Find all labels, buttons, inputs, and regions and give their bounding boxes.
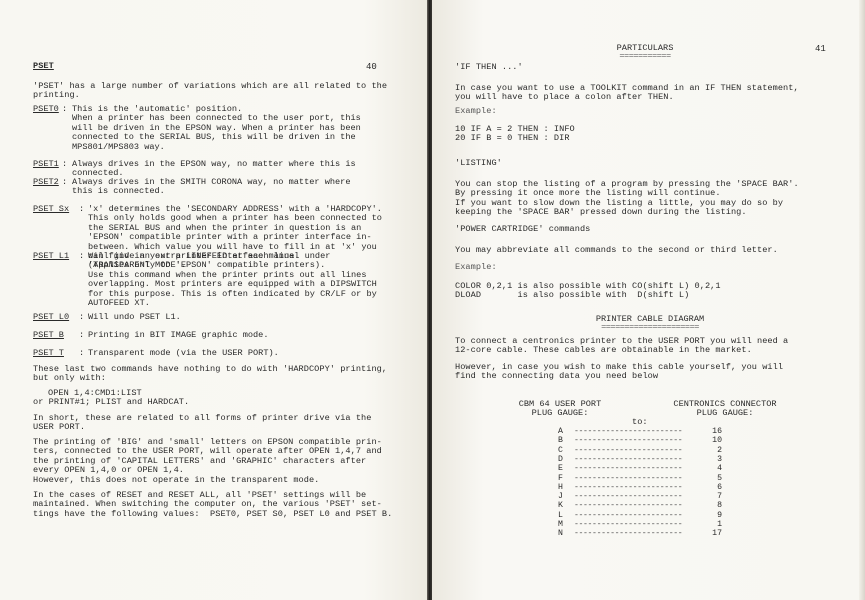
desc-colon: :: [62, 160, 67, 169]
desc-pset-t: Transparent mode (via the USER PORT).: [88, 349, 279, 358]
paragraph-reset: In the cases of RESET and RESET ALL, all…: [33, 491, 392, 519]
power-cartridge-code: COLOR 0,2,1 is also possible with CO(shi…: [455, 282, 721, 301]
page-number: 41: [815, 44, 826, 54]
desc-pset-l0: Will undo PSET L1.: [88, 313, 181, 322]
intro-paragraph: 'PSET' has a large number of variations …: [33, 82, 387, 101]
section-heading: PSET: [33, 62, 54, 71]
desc-pset0: This is the 'automatic' position. When a…: [72, 105, 361, 152]
term-pset-t: PSET T: [33, 349, 64, 358]
pin-connector-line: ------------------------: [574, 427, 704, 436]
desc-pset1: Always drives in the EPSON way, no matte…: [72, 160, 356, 179]
if-then-code: 10 IF A = 2 THEN : INFO 20 IF B = 0 THEN…: [455, 125, 575, 144]
col-right-heading: CENTRONICS CONNECTOR PLUG GAUGE:: [660, 400, 790, 419]
desc-colon: :: [79, 313, 84, 322]
pin-to: 16: [704, 427, 722, 436]
pin-to: 2: [704, 446, 722, 455]
pin-from: C: [558, 446, 574, 455]
pin-connector-line: ------------------------: [574, 464, 704, 473]
term-pset-l0: PSET L0: [33, 313, 69, 322]
desc-pset2: Always drives in the SMITH CORONA way, n…: [72, 178, 350, 197]
pin-row: M------------------------1: [558, 520, 722, 529]
term-pset2: PSET2: [33, 178, 59, 187]
listing-body: You can stop the listing of a program by…: [455, 180, 799, 218]
power-cartridge-body: You may abbreviate all commands to the s…: [455, 246, 778, 255]
pin-connector-line: ------------------------: [574, 492, 704, 501]
pin-to: 6: [704, 483, 722, 492]
desc-colon: :: [79, 349, 84, 358]
pin-from: J: [558, 492, 574, 501]
cable-title-rule: =====================: [560, 323, 740, 332]
listing-title: 'LISTING': [455, 159, 502, 168]
paragraph-printing: The printing of 'BIG' and 'small' letter…: [33, 438, 382, 485]
pin-row: E------------------------4: [558, 464, 722, 473]
pin-to: 1: [704, 520, 722, 529]
to-label: to:: [632, 418, 648, 427]
pin-to: 17: [704, 529, 722, 538]
pin-row: J------------------------7: [558, 492, 722, 501]
pin-to: 9: [704, 511, 722, 520]
pin-connector-line: ------------------------: [574, 436, 704, 445]
pin-to: 7: [704, 492, 722, 501]
pin-to: 4: [704, 464, 722, 473]
term-pset0: PSET0: [33, 105, 59, 114]
pin-row: H------------------------6: [558, 483, 722, 492]
desc-pset-b: Printing in BIT IMAGE graphic mode.: [88, 331, 269, 340]
pin-from: L: [558, 511, 574, 520]
pin-from: K: [558, 501, 574, 510]
pin-connector-line: ------------------------: [574, 501, 704, 510]
page-number: 40: [366, 62, 377, 72]
pin-row: D------------------------3: [558, 455, 722, 464]
cable-para-2: However, in case you wish to make this c…: [455, 363, 783, 382]
pin-connector-line: ------------------------: [574, 455, 704, 464]
desc-pset-l1: Will give an extra LINEFEED at each line…: [88, 252, 377, 308]
term-pset-l1: PSET L1: [33, 252, 69, 261]
pin-connector-line: ------------------------: [574, 520, 704, 529]
paragraph-short: In short, these are related to all forms…: [33, 414, 371, 433]
term-pset-sx: PSET Sx: [33, 205, 69, 214]
desc-colon: :: [62, 105, 67, 114]
cable-para-1: To connect a centronics printer to the U…: [455, 337, 788, 356]
desc-colon: :: [79, 252, 84, 261]
page-edge: [859, 0, 865, 600]
if-then-body: In case you want to use a TOOLKIT comman…: [455, 84, 799, 103]
pin-row: K------------------------8: [558, 501, 722, 510]
pin-connector-line: ------------------------: [574, 529, 704, 538]
desc-colon: :: [79, 205, 84, 214]
pin-from: A: [558, 427, 574, 436]
pin-row: A------------------------16: [558, 427, 722, 436]
if-then-title: 'IF THEN ...': [455, 63, 523, 72]
pin-from: M: [558, 520, 574, 529]
pin-to: 8: [704, 501, 722, 510]
page-header-rule: ===========: [570, 52, 720, 61]
pin-row: C------------------------2: [558, 446, 722, 455]
term-pset-b: PSET B: [33, 331, 64, 340]
pin-row: L------------------------9: [558, 511, 722, 520]
pin-from: B: [558, 436, 574, 445]
pin-row: F------------------------5: [558, 474, 722, 483]
if-then-example-label: Example:: [455, 107, 497, 116]
term-pset1: PSET1: [33, 160, 59, 169]
pin-connector-line: ------------------------: [574, 483, 704, 492]
pin-from: H: [558, 483, 574, 492]
power-cartridge-title: 'POWER CARTRIDGE' commands: [455, 225, 590, 234]
code-or: or PRINT#1; PLIST and HARDCAT.: [33, 398, 189, 407]
pin-connector-line: ------------------------: [574, 511, 704, 520]
pin-from: N: [558, 529, 574, 538]
pin-row: N------------------------17: [558, 529, 722, 538]
desc-colon: :: [79, 331, 84, 340]
paragraph-last-two: These last two commands have nothing to …: [33, 365, 387, 384]
pin-to: 10: [704, 436, 722, 445]
pin-from: E: [558, 464, 574, 473]
pin-connector-line: ------------------------: [574, 446, 704, 455]
col-left-heading: CBM 64 USER PORT PLUG GAUGE:: [505, 400, 615, 419]
book-gutter: [427, 0, 432, 600]
pin-row: B------------------------10: [558, 436, 722, 445]
pin-to: 3: [704, 455, 722, 464]
pin-from: F: [558, 474, 574, 483]
desc-colon: :: [62, 178, 67, 187]
pin-connector-line: ------------------------: [574, 474, 704, 483]
power-cartridge-example-label: Example:: [455, 263, 497, 272]
pin-to: 5: [704, 474, 722, 483]
pin-from: D: [558, 455, 574, 464]
